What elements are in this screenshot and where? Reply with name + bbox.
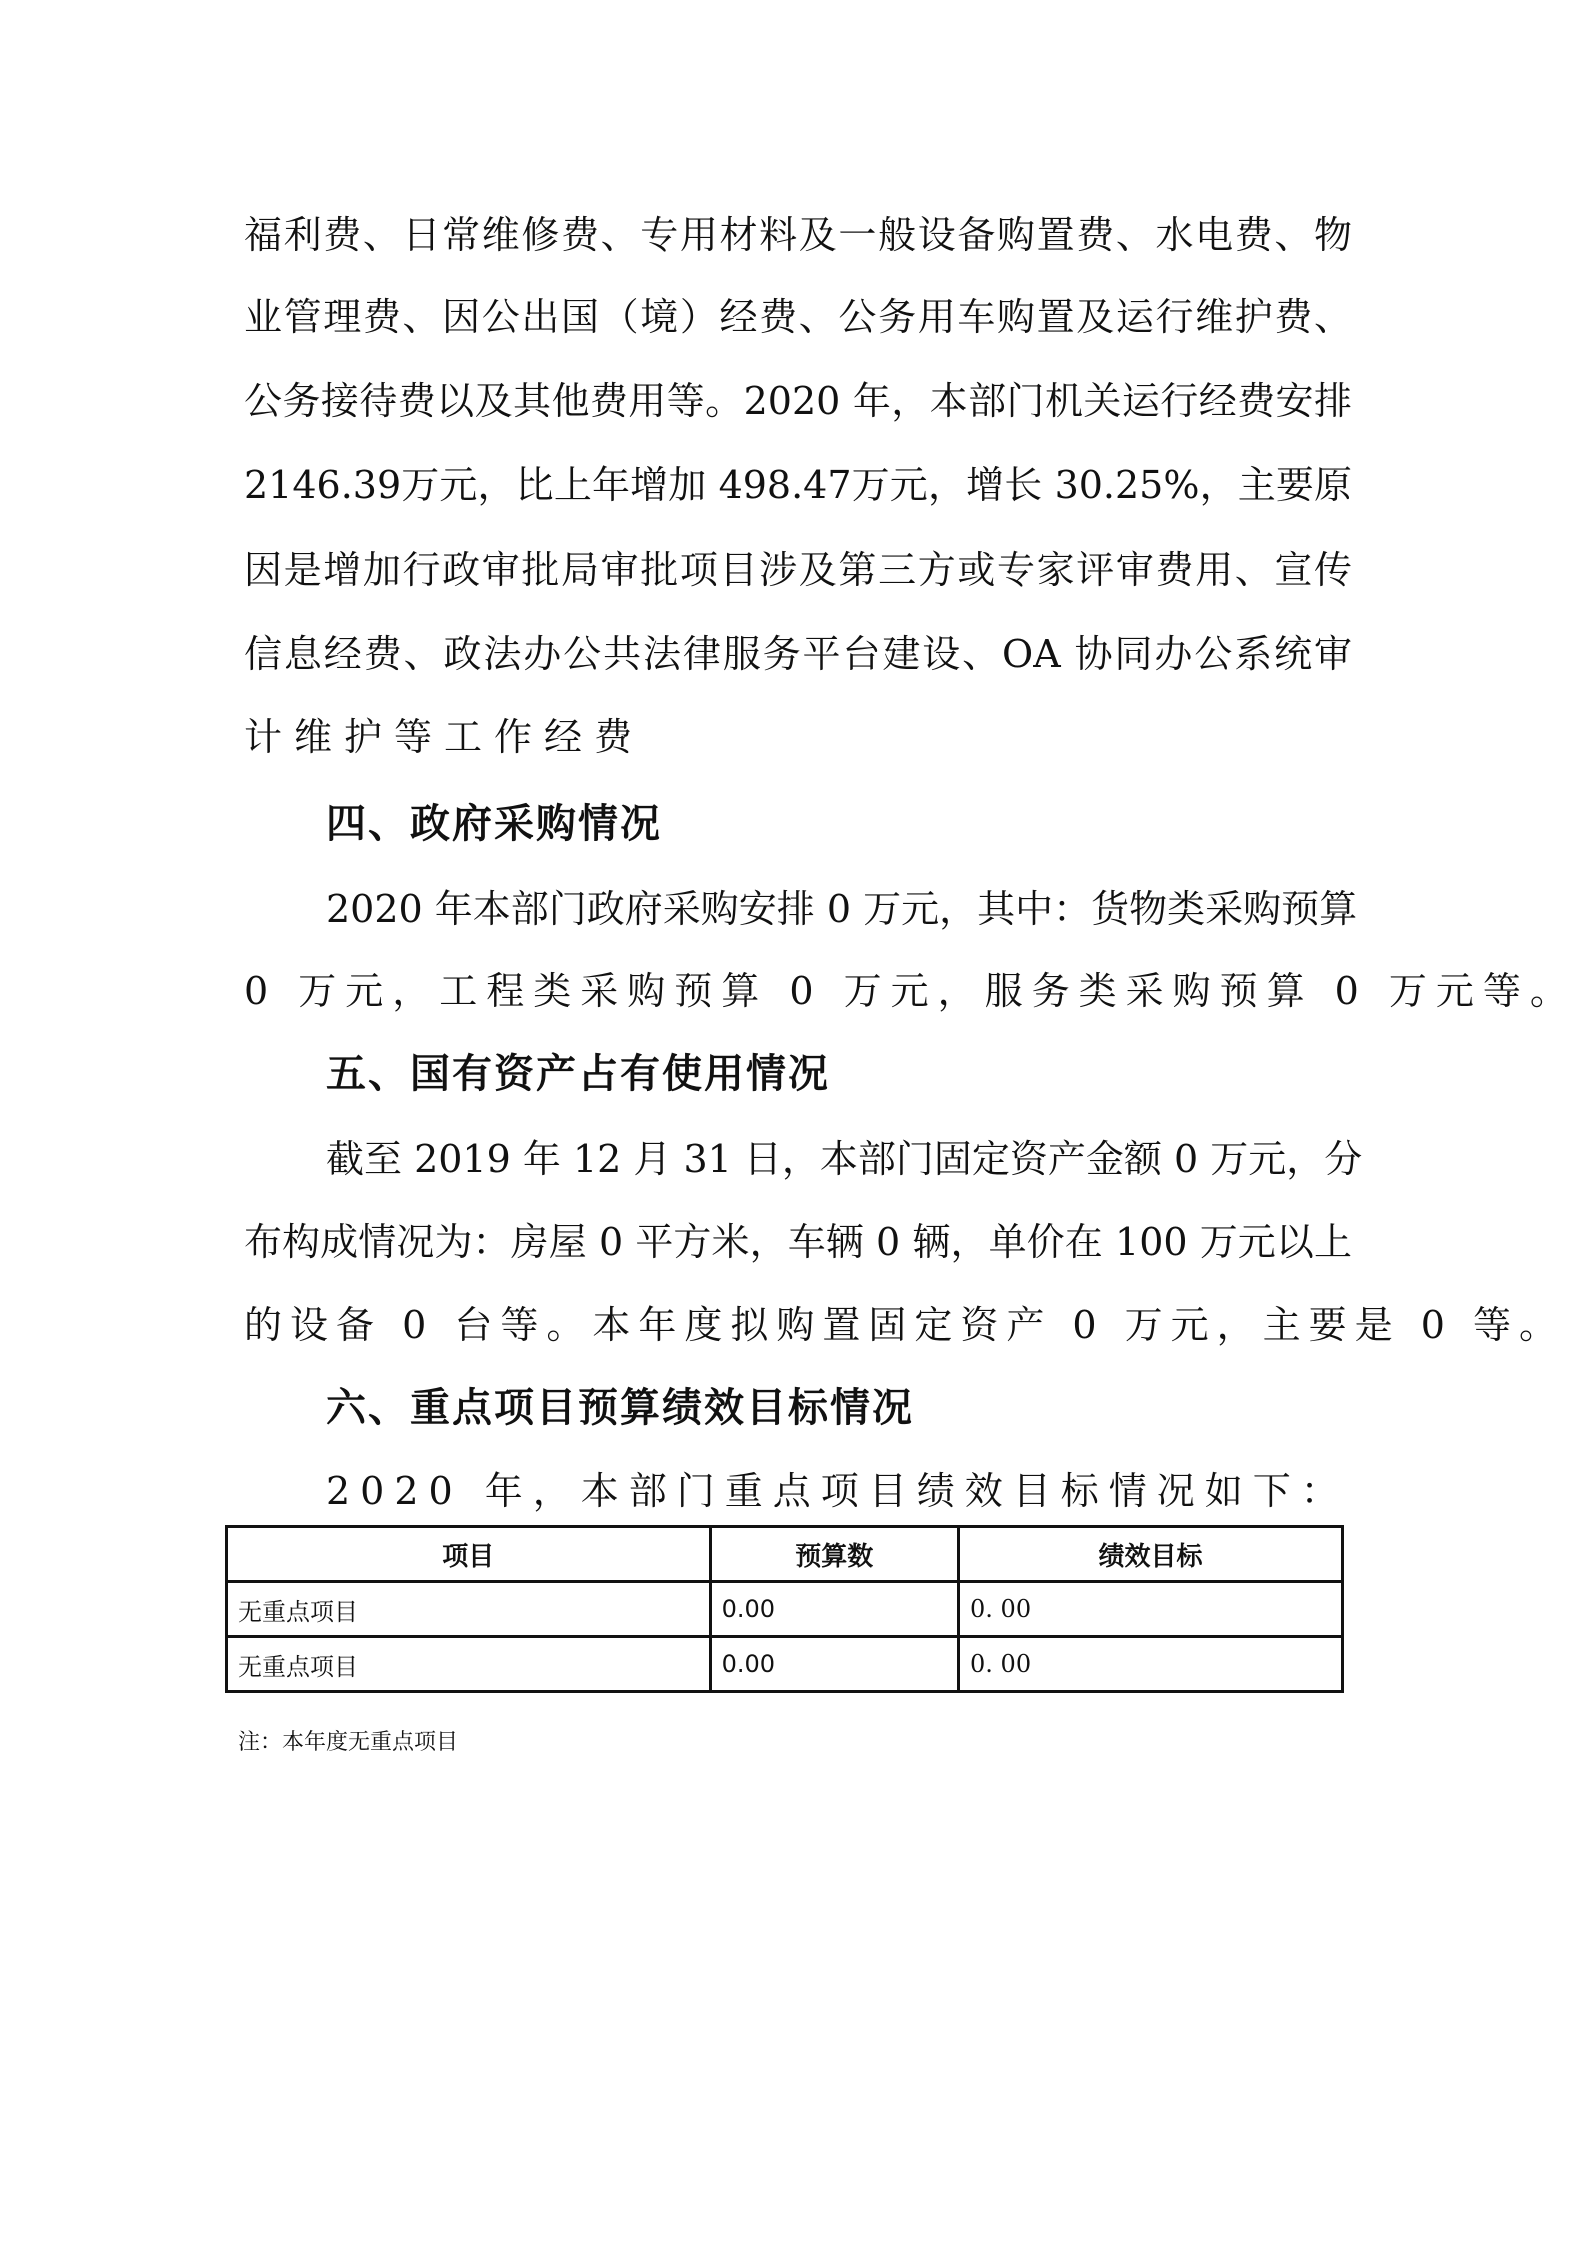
cell-project: 无重点项目 <box>227 1637 711 1692</box>
paragraph-line: 业管理费、因公出国（境）经费、公务用车购置及运行维护费、 <box>244 287 1352 347</box>
section-heading-procurement: 四、政府采购情况 <box>326 794 662 854</box>
paragraph-line: 福利费、日常维修费、专用材料及一般设备购置费、水电费、物 <box>244 205 1352 265</box>
paragraph-line: 公务接待费以及其他费用等。2020 年，本部门机关运行经费安排 <box>244 371 1352 431</box>
cell-target: 0. 00 <box>959 1582 1343 1637</box>
paragraph-line: 2020 年本部门政府采购安排 0 万元，其中：货物类采购预算 <box>326 879 1352 939</box>
column-header-project: 项目 <box>227 1527 711 1582</box>
table-row: 无重点项目 0.00 0. 00 <box>227 1582 1343 1637</box>
paragraph-line: 计维护等工作经费 <box>244 707 1352 767</box>
paragraph-line: 因是增加行政审批局审批项目涉及第三方或专家评审费用、宣传 <box>244 540 1352 600</box>
table-row: 无重点项目 0.00 0. 00 <box>227 1637 1343 1692</box>
cell-project: 无重点项目 <box>227 1582 711 1637</box>
paragraph-line: 的设备 0 台等。本年度拟购置固定资产 0 万元，主要是 0 等。 <box>244 1295 1352 1355</box>
performance-table: 项目 预算数 绩效目标 无重点项目 0.00 0. 00 无重点项目 0.00 … <box>225 1525 1344 1693</box>
section-heading-assets: 五、国有资产占有使用情况 <box>326 1044 830 1104</box>
paragraph-line: 布构成情况为：房屋 0 平方米，车辆 0 辆，单价在 100 万元以上 <box>244 1212 1352 1272</box>
table-header-row: 项目 预算数 绩效目标 <box>227 1527 1343 1582</box>
column-header-budget: 预算数 <box>710 1527 958 1582</box>
paragraph-line: 截至 2019 年 12 月 31 日，本部门固定资产金额 0 万元，分 <box>326 1129 1352 1189</box>
table-note: 注：本年度无重点项目 <box>238 1725 458 1761</box>
paragraph-line: 2020 年，本部门重点项目绩效目标情况如下： <box>326 1461 1434 1521</box>
column-header-target: 绩效目标 <box>959 1527 1343 1582</box>
paragraph-line: 0 万元，工程类采购预算 0 万元，服务类采购预算 0 万元等。 <box>244 961 1352 1021</box>
cell-target: 0. 00 <box>959 1637 1343 1692</box>
section-heading-performance: 六、重点项目预算绩效目标情况 <box>326 1378 914 1438</box>
paragraph-line: 2146.39万元，比上年增加 498.47万元，增长 30.25%，主要原 <box>244 455 1352 515</box>
paragraph-line: 信息经费、政法办公共法律服务平台建设、OA 协同办公系统审 <box>244 624 1352 684</box>
cell-budget: 0.00 <box>710 1637 958 1692</box>
cell-budget: 0.00 <box>710 1582 958 1637</box>
